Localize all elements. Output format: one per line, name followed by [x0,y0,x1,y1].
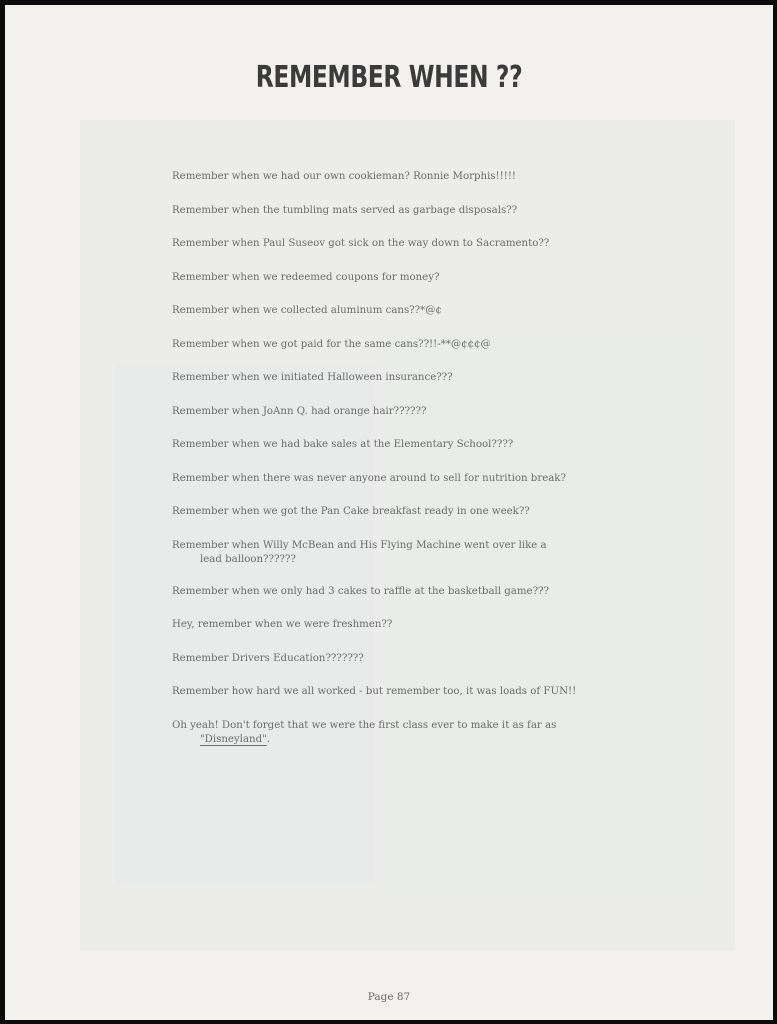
list-item: Remember when Paul Suseov got sick on th… [172,237,652,251]
entry-text: Remember when we had bake sales at the E… [172,439,513,450]
list-item: Remember when we had bake sales at the E… [172,438,652,452]
entry-text: Remember when we had our own cookieman? … [172,171,516,182]
remember-when-list: Remember when we had our own cookieman? … [172,170,652,765]
list-item: Remember when we had our own cookieman? … [172,170,652,184]
list-item: Remember when the tumbling mats served a… [172,204,652,218]
page-number: Page 87 [5,991,773,1003]
list-item: Oh yeah! Don't forget that we were the f… [172,719,652,747]
entry-text: Remember when we got the Pan Cake breakf… [172,506,530,517]
list-item: Remember when we initiated Halloween ins… [172,371,652,385]
entry-continuation: lead balloon?????? [172,553,652,567]
entry-text: Remember when we only had 3 cakes to raf… [172,586,549,597]
entry-text: Remember when the tumbling mats served a… [172,205,517,216]
list-item: Remember when JoAnn Q. had orange hair??… [172,405,652,419]
disneyland-underlined: "Disneyland" [200,734,267,745]
yearbook-page: REMEMBER WHEN ?? Remember when we had ou… [5,5,773,1020]
entry-text: Remember how hard we all worked - but re… [172,686,576,697]
entry-text: Remember when Paul Suseov got sick on th… [172,238,549,249]
entry-text: Hey, remember when we were freshmen?? [172,619,392,630]
entry-text: Remember Drivers Education??????? [172,653,364,664]
entry-text: Remember when Willy McBean and His Flyin… [172,540,547,551]
list-item: Remember when there was never anyone aro… [172,472,652,486]
entry-text: Remember when we redeemed coupons for mo… [172,272,439,283]
list-item: Remember when Willy McBean and His Flyin… [172,539,652,567]
entry-text: Remember when we got paid for the same c… [172,339,491,350]
entry-suffix: . [267,734,270,745]
list-item: Remember when we got the Pan Cake breakf… [172,505,652,519]
list-item: Remember Drivers Education??????? [172,652,652,666]
entry-text: Remember when JoAnn Q. had orange hair??… [172,406,426,417]
entry-continuation: "Disneyland". [172,733,652,747]
list-item: Hey, remember when we were freshmen?? [172,618,652,632]
list-item: Remember how hard we all worked - but re… [172,685,652,699]
page-title: REMEMBER WHEN ?? [89,60,688,95]
list-item: Remember when we redeemed coupons for mo… [172,271,652,285]
entry-text: Remember when there was never anyone aro… [172,473,566,484]
entry-text: Remember when we collected aluminum cans… [172,305,442,316]
scan-border: REMEMBER WHEN ?? Remember when we had ou… [0,0,777,1024]
list-item: Remember when we only had 3 cakes to raf… [172,585,652,599]
entry-text: Remember when we initiated Halloween ins… [172,372,453,383]
list-item: Remember when we got paid for the same c… [172,338,652,352]
entry-text: Oh yeah! Don't forget that we were the f… [172,720,556,731]
list-item: Remember when we collected aluminum cans… [172,304,652,318]
